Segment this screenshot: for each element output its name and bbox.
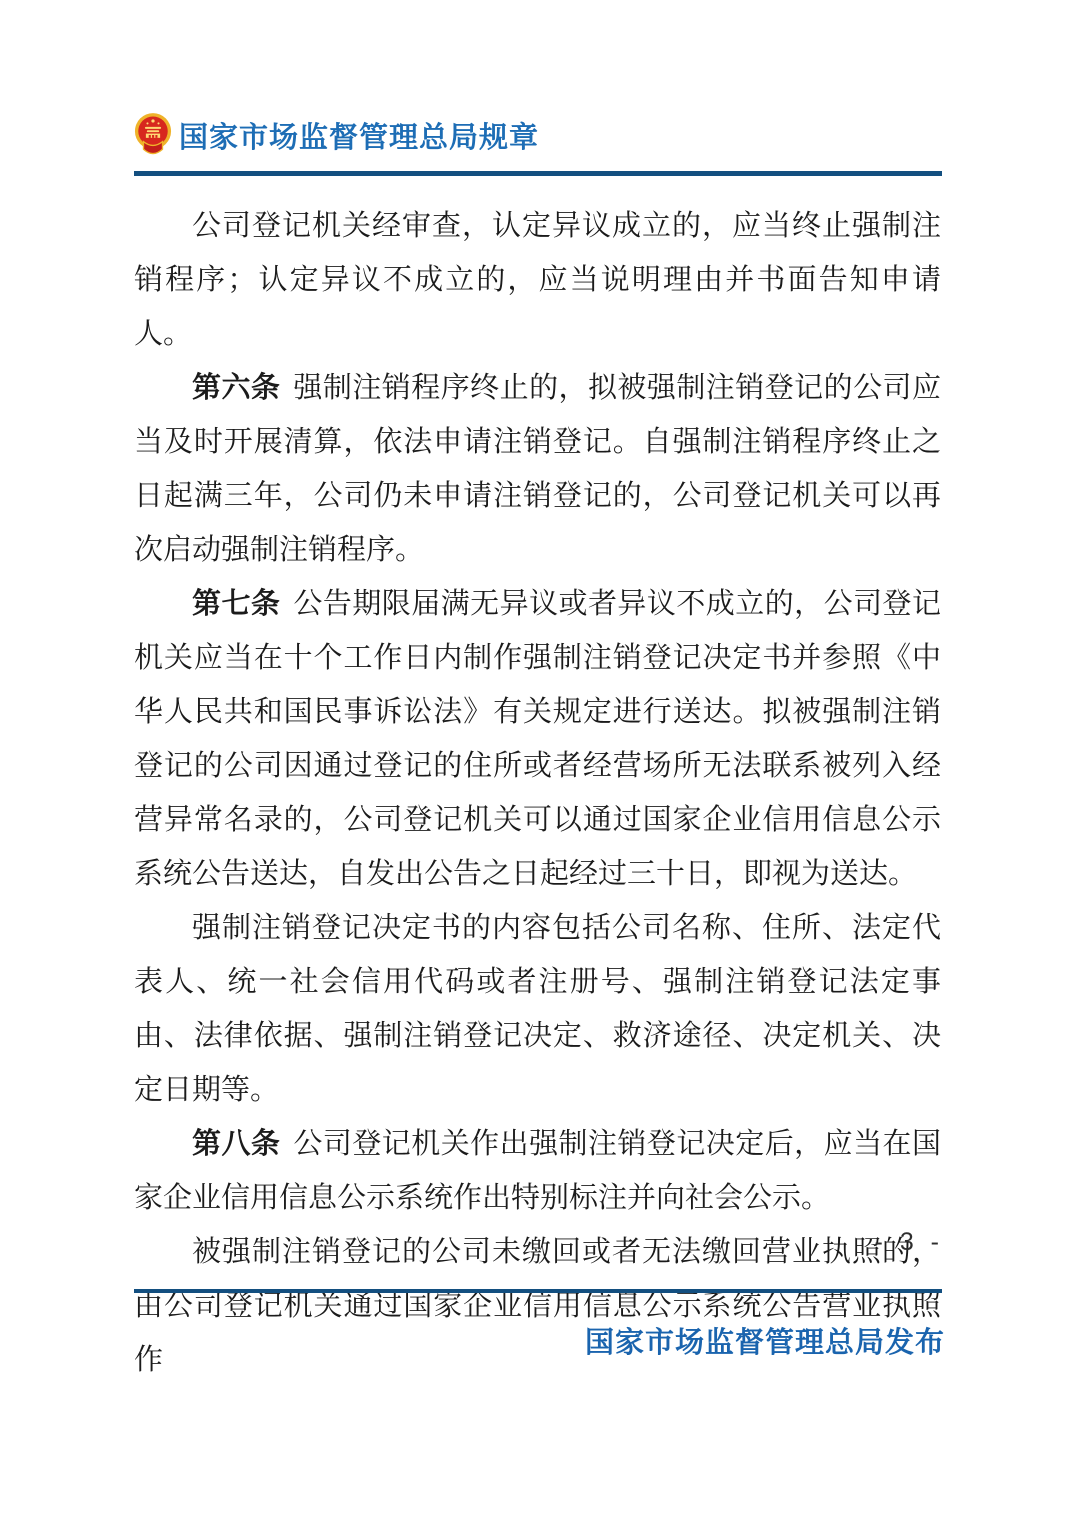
paragraph-text: 公司登记机关经审查，认定异议成立的，应当终止强制注销程序；认定异议不成立的，应当… <box>134 210 941 350</box>
publisher-label: 国家市场监督管理总局发布 <box>585 1320 945 1361</box>
paragraph-text: 公告期限届满无异议或者异议不成立的，公司登记机关应当在十个工作日内制作强制注销登… <box>134 588 941 890</box>
paragraph: 第六条强制注销程序终止的，拟被强制注销登记的公司应当及时开展清算，依法申请注销登… <box>134 361 941 577</box>
article-number: 第六条 <box>192 372 280 404</box>
document-body: 公司登记机关经审查，认定异议成立的，应当终止强制注销程序；认定异议不成立的，应当… <box>134 199 941 1387</box>
paragraph: 第八条公司登记机关作出强制注销登记决定后，应当在国家企业信用信息公示系统作出特别… <box>134 1117 941 1225</box>
page-header: 国家市场监督管理总局规章 <box>134 112 539 158</box>
header-divider <box>134 171 942 176</box>
page-number: - 3 - <box>875 1228 944 1257</box>
paragraph-text: 强制注销登记决定书的内容包括公司名称、住所、法定代表人、统一社会信用代码或者注册… <box>134 912 941 1106</box>
article-number: 第七条 <box>192 588 280 620</box>
national-emblem-icon <box>134 112 172 158</box>
document-page: 国家市场监督管理总局规章 公司登记机关经审查，认定异议成立的，应当终止强制注销程… <box>0 0 1074 1520</box>
page-title: 国家市场监督管理总局规章 <box>179 115 539 156</box>
paragraph: 强制注销登记决定书的内容包括公司名称、住所、法定代表人、统一社会信用代码或者注册… <box>134 901 941 1117</box>
paragraph: 被强制注销登记的公司未缴回或者无法缴回营业执照的，由公司登记机关通过国家企业信用… <box>134 1225 941 1387</box>
paragraph: 第七条公告期限届满无异议或者异议不成立的，公司登记机关应当在十个工作日内制作强制… <box>134 577 941 901</box>
article-number: 第八条 <box>192 1128 280 1160</box>
paragraph: 公司登记机关经审查，认定异议成立的，应当终止强制注销程序；认定异议不成立的，应当… <box>134 199 941 361</box>
footer-divider <box>134 1289 942 1293</box>
